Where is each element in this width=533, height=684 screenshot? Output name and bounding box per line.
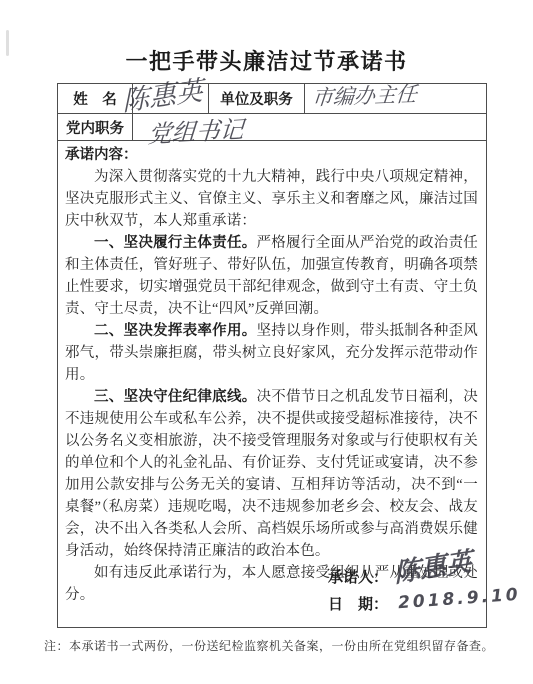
unit-value-cell bbox=[305, 84, 486, 113]
date-row: 日 期： 2018.9.10 bbox=[328, 590, 388, 617]
commitment-paragraph: 为深入贯彻落实党的十九大精神，践行中央八项规定精神，坚决克服形式主义、官僚主义、… bbox=[65, 166, 478, 232]
commitment-paragraph: 三、坚决守住纪律底线。决不借节日之机乱发节日福利，决不违规使用公车或私车公养，决… bbox=[65, 386, 478, 562]
name-label: 姓 名 bbox=[73, 88, 117, 109]
date-label: 日 期： bbox=[328, 593, 388, 614]
party-label-cell: 党内职务 bbox=[58, 114, 133, 140]
party-value-cell bbox=[133, 114, 486, 140]
unit-label-cell: 单位及职务 bbox=[209, 84, 305, 113]
commitment-paragraph: 二、坚决发挥表率作用。坚持以身作则，带头抵制各种歪风邪气，带头崇廉拒腐，带头树立… bbox=[65, 320, 478, 386]
commitment-paragraph: 如有违反此承诺行为，本人愿意接受组织从严从重处理或处分。 bbox=[65, 562, 478, 606]
header-row-2: 党内职务 bbox=[58, 114, 486, 141]
signer-row: 承诺人： 陈惠英 bbox=[328, 563, 388, 590]
content-label: 承诺内容： bbox=[65, 145, 478, 166]
scanned-commitment-document: 一把手带头廉洁过节承诺书 姓 名 单位及职务 党内职务 承诺内容： 为深入贯彻落… bbox=[0, 0, 533, 684]
commitment-paragraph: 一、坚决履行主体责任。严格履行全面从严治党的政治责任和主体责任，管好班子、带好队… bbox=[65, 232, 478, 320]
footnote: 注：本承诺书一式两份，一份送纪检监察机关备案，一份由所在党组织留存备查。 bbox=[44, 638, 508, 654]
signer-label: 承诺人： bbox=[328, 566, 388, 587]
commitment-form-table: 姓 名 单位及职务 党内职务 承诺内容： 为深入贯彻落实党的十九大精神，践行中央… bbox=[57, 83, 487, 628]
content-row: 承诺内容： 为深入贯彻落实党的十九大精神，践行中央八项规定精神，坚决克服形式主义… bbox=[58, 141, 486, 627]
commitment-paragraphs: 为深入贯彻落实党的十九大精神，践行中央八项规定精神，坚决克服形式主义、官僚主义、… bbox=[65, 166, 478, 606]
name-value-cell bbox=[133, 84, 209, 113]
header-row-1: 姓 名 单位及职务 bbox=[58, 84, 486, 114]
name-label-cell: 姓 名 bbox=[58, 84, 133, 113]
signature-block: 承诺人： 陈惠英 日 期： 2018.9.10 bbox=[328, 563, 388, 617]
party-position-label: 党内职务 bbox=[66, 117, 124, 138]
document-title: 一把手带头廉洁过节承诺书 bbox=[0, 45, 533, 76]
unit-label: 单位及职务 bbox=[220, 88, 293, 109]
commitment-content-cell: 承诺内容： 为深入贯彻落实党的十九大精神，践行中央八项规定精神，坚决克服形式主义… bbox=[58, 141, 486, 627]
